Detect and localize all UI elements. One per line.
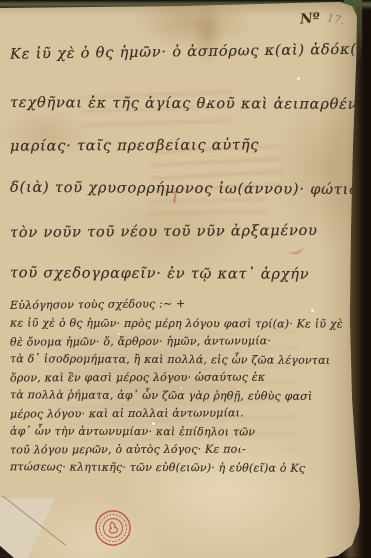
paper-fleck	[152, 422, 155, 425]
paper-fleck	[118, 333, 120, 335]
folio-number-mark: Nº 17.	[300, 8, 344, 27]
manuscript-line: τὰ δ᾽ ἰσοδρομήματα, ἢ καὶ πολλά, εἰς ὧν …	[10, 352, 330, 367]
manuscript-line: τοῦ λόγου μερῶν, ὁ αὐτὸς λόγος· Κε ποι-	[10, 443, 246, 457]
manuscript-line: τοῦ σχεδογραφεῖν· ἐν τῷ κατ᾽ ἀρχήν	[10, 265, 309, 283]
stamp-lettering-ring	[97, 512, 129, 544]
manuscript-photo: Nº 17. Κε ἰῦ χὲ ὁ θς ἡμῶν· ὁ ἀσπόρως κ(α…	[0, 0, 371, 558]
manuscript-line: ἀφ᾽ ὧν τὴν ἀντωνυμίαν· καὶ ἐπίδηλοι τῶν	[10, 425, 255, 439]
manuscript-line: θὲ ὄνομα ἡμῶν· ὅ, ἄρθρον· ἡμῶν, ἀντωνυμί…	[10, 334, 271, 348]
paper-fleck	[311, 309, 314, 312]
folio-no-label: Nº	[299, 10, 320, 27]
manuscript-line: δ(ιὰ) τοῦ χρυσορρήμονος ἰω(άννου)· φώτισ…	[10, 180, 371, 199]
paper-fleck	[238, 446, 240, 448]
paper-fleck	[88, 452, 90, 454]
paper-fleck	[206, 100, 209, 103]
stamp-emblem	[108, 521, 118, 533]
red-library-stamp-icon	[89, 504, 136, 551]
manuscript-line: τὸν νοῦν τοῦ νέου τοῦ νῦν ἀρξαμένου	[10, 223, 318, 241]
manuscript-line: πτώσεως· κλητικῆς· τῶν εὐθ(ειῶν)· ἡ εὐθ(…	[10, 460, 305, 475]
manuscript-line: Εὐλόγησον τοὺς σχέδους :~ +	[10, 297, 186, 312]
paper-fleck	[297, 77, 300, 80]
manuscript-line: μέρος λόγου· καὶ αἱ πολλαὶ ἀντωνυμίαι.	[10, 406, 244, 420]
bleedthrough-ghost-text	[148, 195, 268, 223]
manuscript-line: τὰ πολλὰ ῥήματα, ἀφ᾽ ὧν ζῶα γὰρ ῥηθῇ, εὐ…	[10, 388, 312, 403]
paper-fleck	[180, 387, 182, 389]
folio-number: 17.	[326, 12, 345, 28]
manuscript-line: Κε ἰῦ χὲ ὁ θς ἡμῶν· ὁ ἀσπόρως κ(αὶ) ἀδόκ…	[10, 41, 371, 62]
stamp-outer-ring	[93, 508, 133, 548]
manuscript-line: ὅρον, καὶ ἓν φασὶ μέρος λόγου· ὡσαύτως ἐ…	[10, 371, 265, 385]
repair-patch	[0, 498, 72, 558]
manuscript-line: κε ἰῦ χὲ ὁ θς ἡμῶν· πρὸς μέρη λόγου φασὶ…	[10, 316, 343, 330]
manuscript-page: Nº 17. Κε ἰῦ χὲ ὁ θς ἡμῶν· ὁ ἀσπόρως κ(α…	[0, 0, 371, 558]
red-ink-mark	[287, 240, 305, 256]
stamp-inner-ring	[102, 517, 125, 540]
manuscript-line: μαρίας· ταῖς πρεσβείαις αὐτῆς	[10, 137, 259, 154]
manuscript-line: τεχθῆναι ἐκ τῆς ἁγίας θκοῦ καὶ ἀειπαρθέν…	[10, 95, 371, 113]
